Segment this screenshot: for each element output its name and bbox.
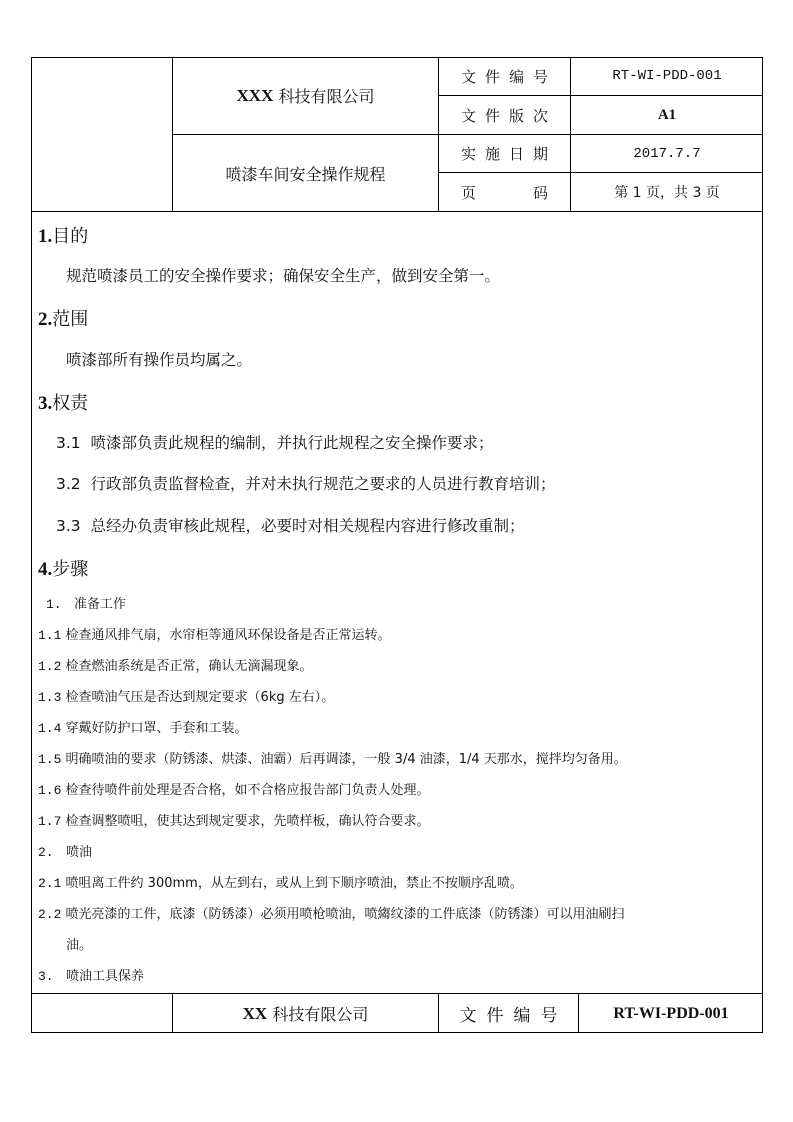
- section-number: 3.: [38, 393, 52, 414]
- step-item: 2.1 喷咀离工件约 300mm，从左到右，或从上到下顺序喷油，禁止不按顺序乱喷…: [38, 872, 523, 891]
- step-number: 1.2: [38, 659, 61, 674]
- company-prefix: XXX: [237, 86, 274, 106]
- step-item: 1.5 明确喷油的要求（防锈漆、烘漆、油霸）后再调漆，一般 3/4 油漆，1/4…: [38, 748, 627, 767]
- logo-cell: [31, 57, 172, 212]
- step-text: 检查待喷件前处理是否合格，如不合格应报告部门负责人处理。: [66, 783, 430, 798]
- section-title: 权责: [52, 393, 88, 414]
- step-text: 喷咀离工件约 300mm，从左到右，或从上到下顺序喷油，禁止不按顺序乱喷。: [66, 876, 523, 891]
- section-title: 步骤: [52, 559, 88, 580]
- responsibility-item: 3.1 喷漆部负责此规程的编制，并执行此规程之安全操作要求；: [56, 431, 494, 453]
- step-number: 2.: [38, 845, 54, 860]
- section-heading-responsibility: 3.权责: [38, 389, 88, 415]
- page-label-left: 页: [461, 182, 476, 203]
- step-text: 喷油工具保养: [66, 969, 144, 984]
- company-suffix: 科技有限公司: [272, 1002, 368, 1025]
- document-title: 喷漆车间安全操作规程: [173, 135, 438, 212]
- step-number: 1.5: [38, 752, 61, 767]
- step-text: 穿戴好防护口罩、手套和工装。: [66, 721, 248, 736]
- step-continuation: 油。: [66, 934, 92, 953]
- step-item: 1.3 检查喷油气压是否达到规定要求（6kg 左右）。: [38, 686, 334, 705]
- scope-text: 喷漆部所有操作员均属之。: [66, 348, 252, 370]
- item-number: 3.1: [56, 434, 81, 452]
- section-number: 2.: [38, 309, 52, 330]
- step-number: 1.4: [38, 721, 61, 736]
- step-text: 检查通风排气扇，水帘柜等通风环保设备是否正常运转。: [66, 628, 391, 643]
- step-number: 1.1: [38, 628, 61, 643]
- item-number: 3.2: [56, 475, 81, 493]
- step-heading: 2. 喷油: [38, 841, 92, 860]
- step-number: 3.: [38, 969, 54, 984]
- step-number: 2.2: [38, 907, 61, 922]
- doc-version-value: A1: [571, 96, 763, 134]
- step-text: 喷油: [66, 845, 92, 860]
- page-label-right: 码: [533, 182, 548, 203]
- step-text: 检查燃油系统是否正常，确认无滴漏现象。: [66, 659, 313, 674]
- footer-doc-number-value: RT-WI-PDD-001: [579, 994, 763, 1033]
- section-number: 4.: [38, 559, 52, 580]
- step-heading: 3. 喷油工具保养: [38, 965, 144, 984]
- section-number: 1.: [38, 226, 52, 247]
- step-item: 1.7 检查调整喷咀，使其达到规定要求，先喷样板，确认符合要求。: [38, 810, 430, 829]
- page-label: 页 码: [439, 173, 570, 211]
- effective-date-label: 实施日期: [439, 135, 570, 172]
- section-heading-purpose: 1.目的: [38, 222, 88, 248]
- responsibility-item: 3.3 总经办负责审核此规程，必要时对相关规程内容进行修改重制；: [56, 514, 525, 536]
- step-number: 2.1: [38, 876, 61, 891]
- step-number: 1.6: [38, 783, 61, 798]
- responsibility-item: 3.2 行政部负责监督检查，并对未执行规范之要求的人员进行教育培训；: [56, 472, 556, 494]
- purpose-text: 规范喷漆员工的安全操作要求；确保安全生产，做到安全第一。: [66, 264, 500, 286]
- page-number-value: 第 1 页，共 3 页: [571, 173, 763, 211]
- company-prefix: XX: [243, 1004, 268, 1024]
- footer-doc-number-label: 文件编号: [439, 994, 578, 1033]
- item-number: 3.3: [56, 517, 81, 535]
- step-item: 1.4 穿戴好防护口罩、手套和工装。: [38, 717, 248, 736]
- step-item: 2.2 喷光亮漆的工件，底漆（防锈漆）必须用喷枪喷油，喷縐纹漆的工件底漆（防锈漆…: [38, 903, 625, 922]
- step-number: 1.7: [38, 814, 61, 829]
- footer-company-name: XX 科技有限公司: [173, 994, 438, 1033]
- company-name: XXX 科技有限公司: [173, 57, 438, 134]
- section-title: 范围: [52, 309, 88, 330]
- item-text: 总经办负责审核此规程，必要时对相关规程内容进行修改重制；: [91, 517, 525, 535]
- step-text: 检查喷油气压是否达到规定要求（6kg 左右）。: [66, 690, 335, 705]
- item-text: 喷漆部负责此规程的编制，并执行此规程之安全操作要求；: [91, 434, 494, 452]
- step-item: 1.1 检查通风排气扇，水帘柜等通风环保设备是否正常运转。: [38, 624, 391, 643]
- step-text: 准备工作: [74, 597, 126, 612]
- step-number: 1.3: [38, 690, 61, 705]
- step-number: 1.: [46, 597, 62, 612]
- step-text: 喷光亮漆的工件，底漆（防锈漆）必须用喷枪喷油，喷縐纹漆的工件底漆（防锈漆）可以用…: [66, 907, 625, 922]
- doc-number-value: RT-WI-PDD-001: [571, 57, 763, 95]
- section-heading-steps: 4.步骤: [38, 555, 88, 581]
- company-suffix: 科技有限公司: [278, 84, 374, 107]
- step-heading: 1. 准备工作: [46, 593, 126, 612]
- section-title: 目的: [52, 226, 88, 247]
- item-text: 行政部负责监督检查，并对未执行规范之要求的人员进行教育培训；: [91, 475, 556, 493]
- step-text: 检查调整喷咀，使其达到规定要求，先喷样板，确认符合要求。: [66, 814, 430, 829]
- doc-version-label: 文件版次: [439, 96, 570, 134]
- effective-date-value: 2017.7.7: [571, 135, 763, 172]
- section-heading-scope: 2.范围: [38, 305, 88, 331]
- step-item: 1.6 检查待喷件前处理是否合格，如不合格应报告部门负责人处理。: [38, 779, 430, 798]
- step-item: 1.2 检查燃油系统是否正常，确认无滴漏现象。: [38, 655, 313, 674]
- step-text: 明确喷油的要求（防锈漆、烘漆、油霸）后再调漆，一般 3/4 油漆，1/4 天那水…: [66, 752, 627, 767]
- doc-number-label: 文件编号: [439, 57, 570, 95]
